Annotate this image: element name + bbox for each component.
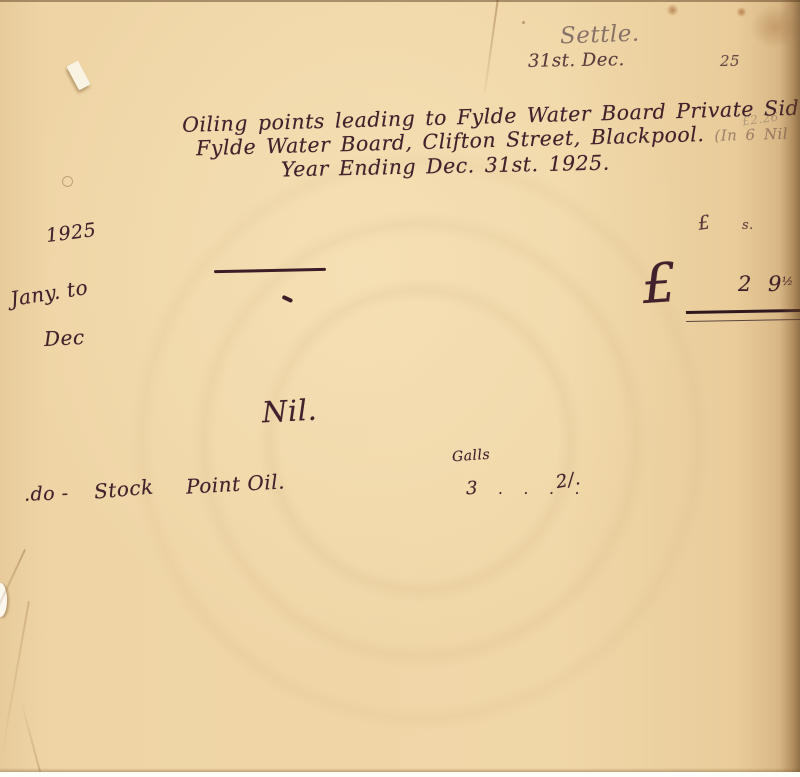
header-place-annotation: Settle.	[560, 21, 640, 50]
entry-item-point-oil: Point Oil.	[185, 469, 285, 498]
amount-col-header-shillings: s.	[742, 218, 754, 233]
crease-top-center	[484, 0, 499, 93]
account-dash	[282, 295, 293, 303]
crease-left-lower	[0, 601, 30, 759]
paper-tear	[66, 61, 90, 91]
bottom-edge-scan-strip	[0, 772, 800, 777]
right-edge-shading	[780, 0, 800, 777]
document-scan: Settle. 31st. Dec. 25 Oiling points lead…	[0, 0, 800, 777]
entry-item-stock: Stock	[93, 474, 154, 503]
margin-period-from: Jany. to	[9, 275, 90, 311]
account-rule	[214, 268, 326, 273]
margin-year: 1925	[45, 219, 98, 247]
entry-rate: 2/.	[554, 468, 582, 493]
stain-dot-2	[736, 7, 747, 17]
crease-left-upper	[0, 549, 26, 636]
stain-dot-1	[666, 4, 679, 16]
crease-bottom-left	[20, 699, 43, 777]
entry-quantity: 3	[466, 478, 479, 499]
nil-entry: Nil.	[261, 393, 318, 430]
margin-period-to: Dec	[43, 325, 85, 351]
header-year-annotation: 25	[720, 52, 740, 70]
title-line2-faint: (In 6 Nil	[714, 125, 788, 145]
header-date-annotation: 31st. Dec.	[528, 49, 625, 72]
stain-speck	[522, 21, 525, 24]
entry-ditto: .do -	[24, 482, 69, 506]
amount-value-text: 2 9	[738, 272, 782, 296]
amount-col-header-pound: £	[697, 211, 713, 235]
amount-currency-symbol: £	[640, 251, 679, 316]
top-edge-line	[0, 0, 800, 2]
stain-freckle-ring	[62, 176, 73, 187]
entry-unit-header: Galls	[451, 447, 490, 466]
